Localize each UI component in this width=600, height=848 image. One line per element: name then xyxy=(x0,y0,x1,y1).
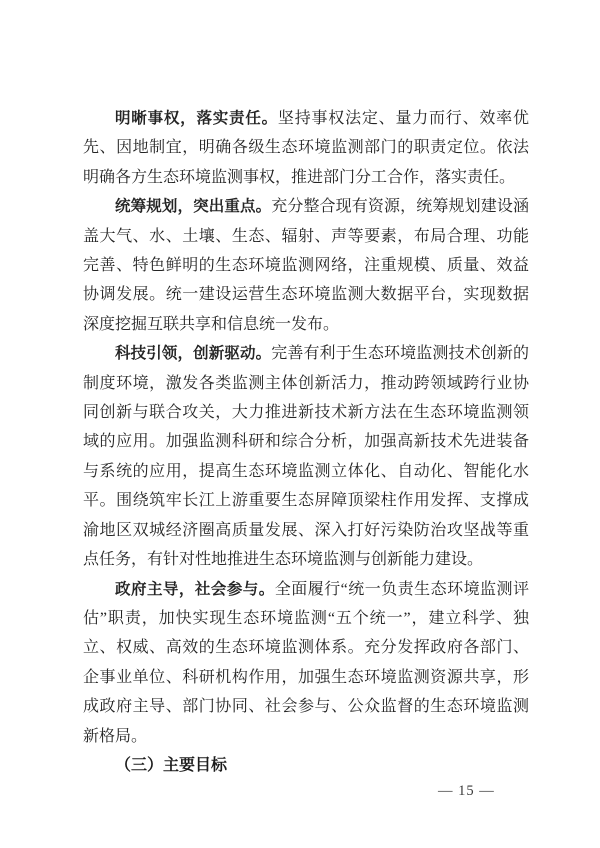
paragraph: 政府主导，社会参与。全面履行“统一负责生态环境监测评估”职责，加快实现生态环境监… xyxy=(83,575,529,751)
page-number: — 15 — xyxy=(438,783,495,800)
document-body: 明晰事权，落实责任。坚持事权法定、量力而行、效率优先、因地制宜，明确各级生态环境… xyxy=(83,104,529,780)
section-heading: （三）主要目标 xyxy=(83,751,529,780)
paragraph-text: 完善有利于生态环境监测技术创新的制度环境，激发各类监测主体创新活力，推动跨领域跨… xyxy=(83,345,529,568)
paragraph: 科技引领，创新驱动。完善有利于生态环境监测技术创新的制度环境，激发各类监测主体创… xyxy=(83,339,529,574)
paragraph-text: 充分整合现有资源，统筹规划建设涵盖大气、水、土壤、生态、辐射、声等要素，布局合理… xyxy=(83,198,529,333)
paragraph: 统筹规划，突出重点。充分整合现有资源，统筹规划建设涵盖大气、水、土壤、生态、辐射… xyxy=(83,192,529,339)
paragraph-text: 全面履行“统一负责生态环境监测评估”职责，加快实现生态环境监测“五个统一”，建立… xyxy=(83,581,529,745)
paragraph-lead: 政府主导，社会参与。 xyxy=(115,581,275,598)
paragraph-lead: 科技引领，创新驱动。 xyxy=(115,345,271,362)
paragraph: 明晰事权，落实责任。坚持事权法定、量力而行、效率优先、因地制宜，明确各级生态环境… xyxy=(83,104,529,192)
paragraph-lead: 统筹规划，突出重点。 xyxy=(115,198,271,215)
document-page: 明晰事权，落实责任。坚持事权法定、量力而行、效率优先、因地制宜，明确各级生态环境… xyxy=(0,0,600,848)
paragraph-lead: 明晰事权，落实责任。 xyxy=(115,110,278,127)
